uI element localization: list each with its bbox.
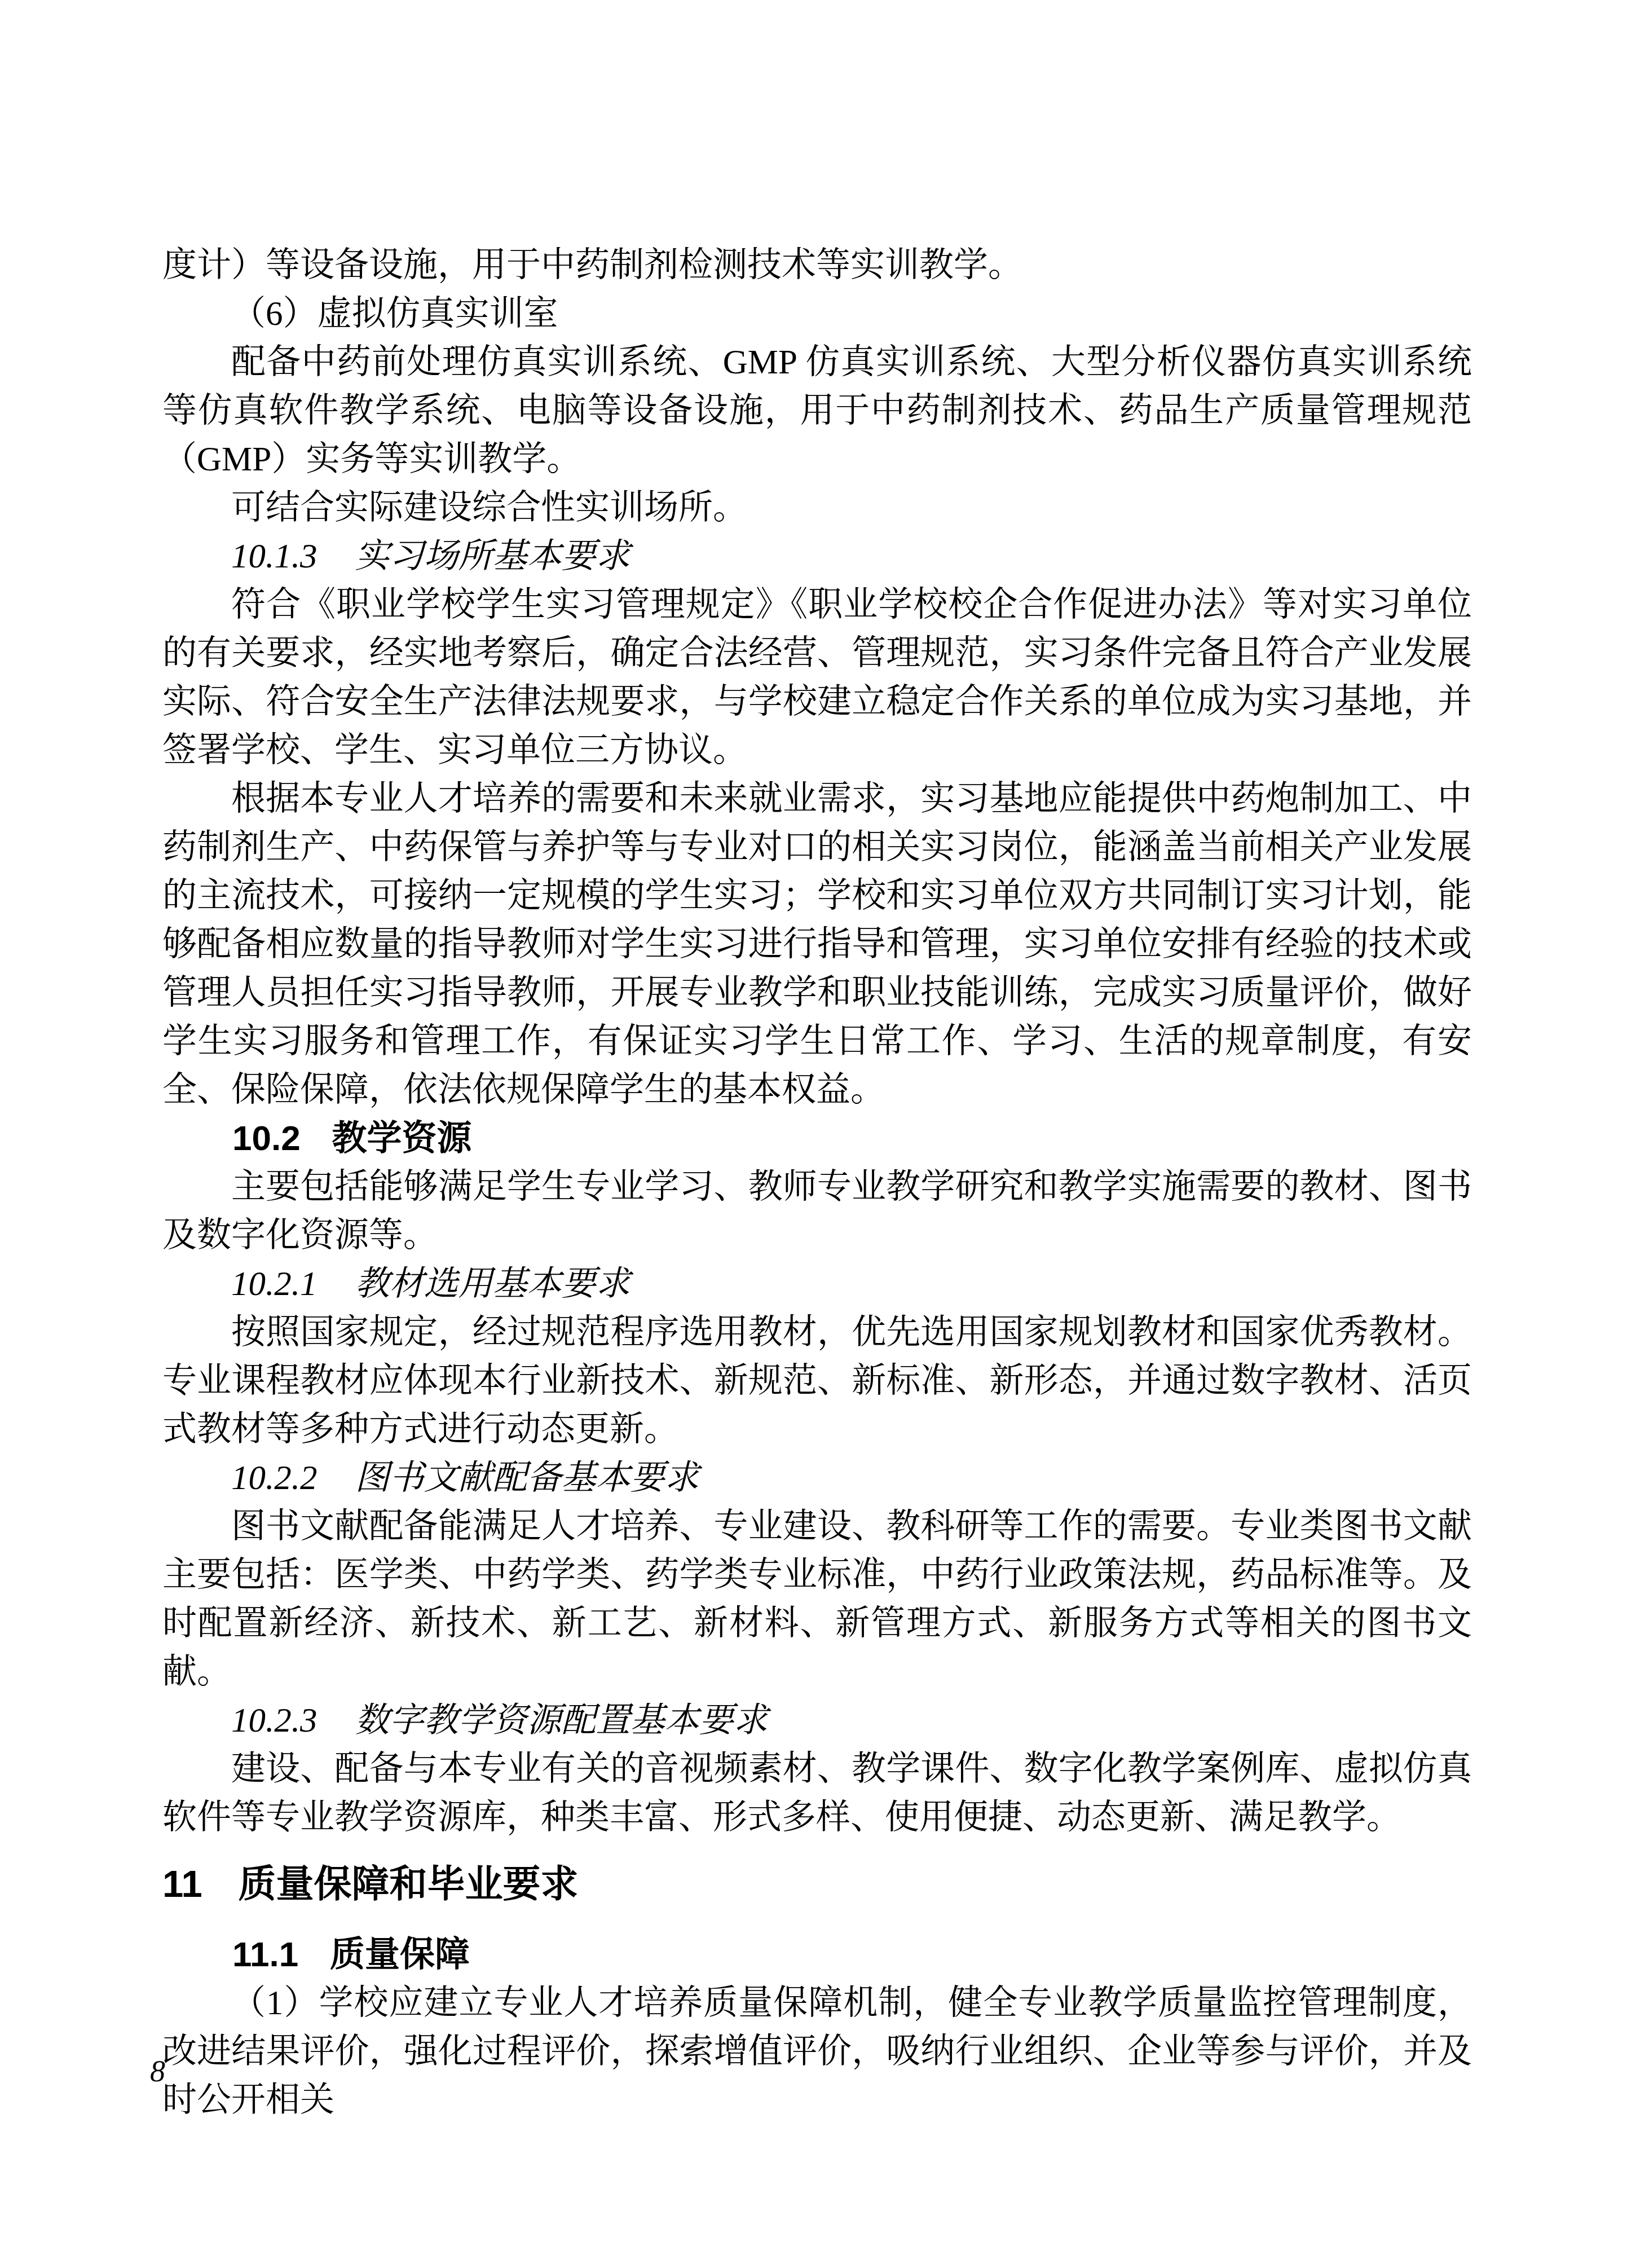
- body-paragraph: 符合《职业学校学生实习管理规定》《职业学校校企合作促进办法》等对实习单位的有关要…: [162, 581, 1472, 775]
- heading-number: 10.2: [232, 1119, 301, 1158]
- body-paragraph: 根据本专业人才培养的需要和未来就业需求，实习基地应能提供中药炮制加工、中药制剂生…: [162, 775, 1472, 1115]
- heading-10-1-3: 10.1.3实习场所基本要求: [162, 532, 1472, 581]
- body-paragraph: 主要包括能够满足学生专业学习、教师专业教学研究和教学实施需要的教材、图书及数字化…: [162, 1163, 1472, 1260]
- heading-title: 教学资源: [332, 1119, 471, 1158]
- heading-number: 10.1.3: [231, 538, 318, 575]
- heading-title: 质量保障: [330, 1935, 470, 1974]
- heading-number: 11.1: [232, 1935, 298, 1974]
- heading-10-2-2: 10.2.2图书文献配备基本要求: [162, 1454, 1472, 1503]
- body-paragraph: （1）学校应建立专业人才培养质量保障机制，健全专业教学质量监控管理制度，改进结果…: [162, 1979, 1472, 2125]
- body-paragraph: 建设、配备与本专业有关的音视频素材、教学课件、数字化教学案例库、虚拟仿真软件等专…: [162, 1745, 1472, 1842]
- body-paragraph: 配备中药前处理仿真实训系统、GMP 仿真实训系统、大型分析仪器仿真实训系统等仿真…: [162, 338, 1472, 484]
- heading-number: 10.2.2: [231, 1459, 318, 1497]
- heading-number: 11: [162, 1863, 202, 1905]
- heading-title: 质量保障和毕业要求: [238, 1863, 578, 1905]
- heading-title: 图书文献配备基本要求: [355, 1459, 699, 1497]
- heading-title: 数字教学资源配置基本要求: [355, 1702, 768, 1739]
- page-number: 8: [150, 2054, 165, 2088]
- body-paragraph: 图书文献配备能满足人才培养、专业建设、教科研等工作的需要。专业类图书文献主要包括…: [162, 1503, 1472, 1697]
- heading-10-2-1: 10.2.1教材选用基本要求: [162, 1260, 1472, 1309]
- heading-number: 10.2.3: [231, 1702, 318, 1739]
- body-paragraph: 按照国家规定，经过规范程序选用教材，优先选用国家规划教材和国家优秀教材。专业课程…: [162, 1309, 1472, 1454]
- document-page: { "page": { "number": "8" }, "document":…: [0, 0, 1627, 2268]
- body-paragraph: 可结合实际建设综合性实训场所。: [162, 484, 1472, 532]
- heading-title: 实习场所基本要求: [355, 538, 630, 575]
- heading-11: 11质量保障和毕业要求: [162, 1860, 1472, 1909]
- heading-10-2-3: 10.2.3数字教学资源配置基本要求: [162, 1697, 1472, 1745]
- heading-11-1: 11.1质量保障: [162, 1931, 1472, 1979]
- body-paragraph: 度计）等设备设施，用于中药制剂检测技术等实训教学。: [162, 241, 1472, 290]
- body-paragraph: （6）虚拟仿真实训室: [162, 290, 1472, 338]
- heading-10-2: 10.2教学资源: [162, 1115, 1472, 1163]
- heading-title: 教材选用基本要求: [355, 1265, 630, 1303]
- page-content: 度计）等设备设施，用于中药制剂检测技术等实训教学。 （6）虚拟仿真实训室 配备中…: [162, 241, 1472, 2125]
- heading-number: 10.2.1: [231, 1265, 318, 1303]
